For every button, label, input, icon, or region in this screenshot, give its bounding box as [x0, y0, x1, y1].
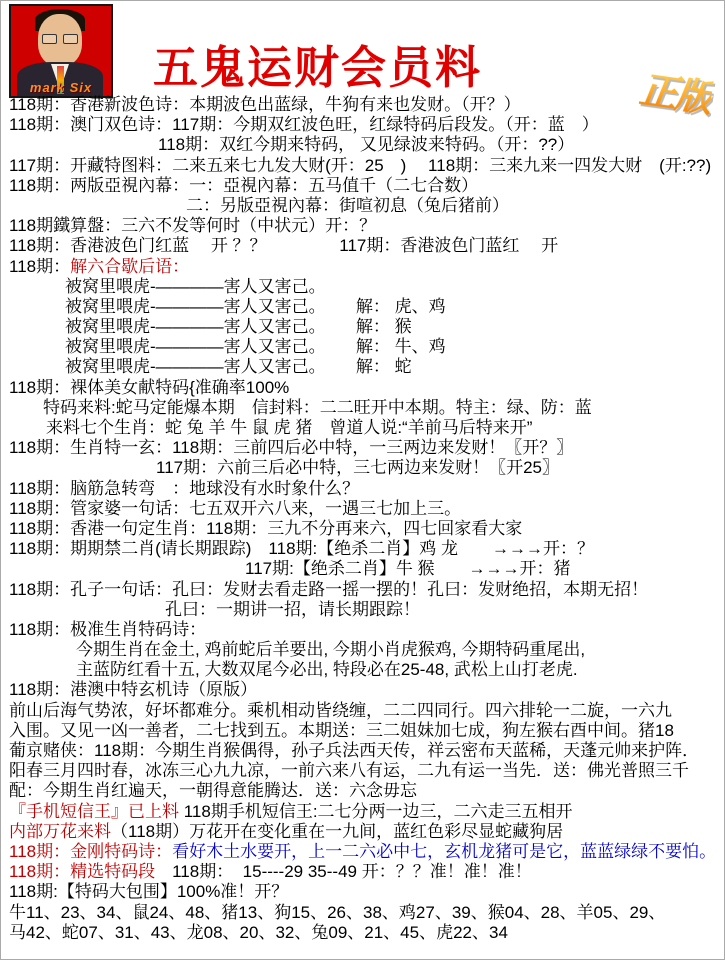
- text-line: 118期：港澳中特玄机诗（原版）: [1, 680, 725, 700]
- text-segment: 被窝里喂虎-————害人又害己。 解： 蛇: [65, 357, 412, 376]
- text-line: 被窝里喂虎-————害人又害己。 解： 牛、鸡: [1, 337, 725, 357]
- text-line: 118期鐵算盤：三六不发等何时（中状元）开：？: [1, 216, 725, 236]
- text-line: 118期：金刚特码诗：看好木土水要开，上一二六必中七，玄机龙猪可是它，蓝蓝绿绿不…: [1, 842, 725, 862]
- text-segment: 118期：生肖特一玄：118期：三前四后必中特，一三两边来发财！〖开？〗: [9, 438, 573, 457]
- text-segment: 118期：孔子一句话：孔曰：发财去看走路一摇一摆的！孔曰：发财绝招，本期无招！: [9, 580, 648, 599]
- text-segment: 118期：香港一句定生肖：118期：三九不分再来六，四七回家看大家: [9, 519, 522, 538]
- text-segment: 118期：脑筋急转弯 ：地球没有水时象什么？: [9, 479, 359, 498]
- text-line: 『手机短信王』已上料 118期手机短信王:二七分两一边三，二六走三五相开: [1, 802, 725, 822]
- text-line: 特码来料:蛇马定能爆本期 信封料：二二旺开中本期。特主：绿、防：蓝: [1, 398, 725, 418]
- text-line: 118期：脑筋急转弯 ：地球没有水时象什么？: [1, 479, 725, 499]
- text-segment: 内部万花来料: [9, 822, 111, 841]
- text-segment: 118期：期期禁二肖(请长期跟踪) 118期:【绝杀二肖】鸡 龙 →→→开：？: [9, 539, 594, 558]
- text-line: 被窝里喂虎-————害人又害己。: [1, 277, 725, 297]
- text-segment: 孔曰：一期讲一招，请长期跟踪！: [165, 600, 420, 619]
- text-line: 118期：极准生肖特码诗：: [1, 620, 725, 640]
- text-segment: 阳春三月四时春，冰冻三心九九凉，一前六来八有运，二九有运一当先．送：佛光普照三千: [9, 761, 689, 780]
- text-segment: 118期：港澳中特玄机诗（原版）: [9, 680, 257, 699]
- text-line: 118期：裸体美女献特码{准确率100%: [1, 378, 725, 398]
- text-segment: 今期生肖在金土, 鸡前蛇后羊要出, 今期小肖虎猴鸡, 今期特码重尾出,: [76, 640, 585, 659]
- text-line: 二：另版亞視內幕：街喧初息（兔后猪前）: [1, 196, 725, 216]
- text-segment: 118期手机短信王:二七分两一边三，二六走三五相开: [184, 802, 573, 821]
- lines: 118期：香港新波色诗：本期波色出蓝绿，牛狗有来也发财。（开？）118期：澳门双…: [1, 95, 725, 943]
- text-segment: 118期：极准生肖特码诗：: [9, 620, 206, 639]
- text-segment: 117期:【绝杀二肖】牛 猴 →→→开：猪: [245, 559, 571, 578]
- text-line: 内部万花来料（118期）万花开在变化重在一九间，蓝红色彩尽显蛇藏狗居: [1, 822, 725, 842]
- text-line: 118期：解六合歇后语：: [1, 257, 725, 277]
- text-line: 今期生肖在金土, 鸡前蛇后羊要出, 今期小肖虎猴鸡, 今期特码重尾出,: [1, 640, 725, 660]
- text-line: 118期：管家婆一句话：七五双开六八来，一遇三七加上三。: [1, 499, 725, 519]
- text-segment: 118期：双红今期来特码， 又见绿波来特码。（开：??）: [158, 135, 574, 154]
- glasses-icon: [42, 34, 78, 43]
- text-line: 118期：双红今期来特码， 又见绿波来特码。（开：??）: [1, 135, 725, 155]
- text-segment: 被窝里喂虎-————害人又害己。 解： 牛、鸡: [65, 337, 446, 356]
- text-line: 117期：六前三后必中特，三七两边来发财！〖开25〗: [1, 458, 725, 478]
- text-segment: 二：另版亞視內幕：街喧初息（兔后猪前）: [186, 196, 509, 215]
- text-segment: 117期：开藏特图料：二来五来七九发大财(开：25 ) 118期：三来九来一四发…: [9, 156, 711, 175]
- text-line: 马42、蛇07、31、43、龙08、20、32、兔09、21、45、虎22、34: [1, 923, 725, 943]
- page-title: 五鬼运财会员料: [153, 31, 482, 96]
- text-line: 118期：期期禁二肖(请长期跟踪) 118期:【绝杀二肖】鸡 龙 →→→开：？: [1, 539, 725, 559]
- text-line: 117期：开藏特图料：二来五来七九发大财(开：25 ) 118期：三来九来一四发…: [1, 156, 725, 176]
- text-line: 117期:【绝杀二肖】牛 猴 →→→开：猪: [1, 559, 725, 579]
- text-line: 118期：香港一句定生肖：118期：三九不分再来六，四七回家看大家: [1, 519, 725, 539]
- text-segment: 入围。又见一凶一善者，二七找到五。本期送：三二姐妹加七成，狗左猴右酉中间。猪18: [9, 721, 674, 740]
- text-line: 118期：澳门双色诗：117期：今期双红波色旺，红绿特码后段发。（开：蓝 ）: [1, 115, 725, 135]
- text-segment: 牛11、23、34、鼠24、48、猪13、狗15、26、38、鸡27、39、猴0…: [9, 903, 665, 922]
- text-line: 入围。又见一凶一善者，二七找到五。本期送：三二姐妹加七成，狗左猴右酉中间。猪18: [1, 721, 725, 741]
- text-segment: 主蓝防红看十五, 大数双尾今必出, 特段必在25-48, 武松上山打老虎.: [76, 660, 578, 679]
- text-segment: 配：今期生肖红遍天，一朝得意能腾达．送：六念毋忘: [9, 781, 417, 800]
- photo-caption: mark Six: [11, 80, 111, 95]
- text-segment: 117期：六前三后必中特，三七两边来发财！〖开25〗: [156, 458, 559, 477]
- text-line: 牛11、23、34、鼠24、48、猪13、狗15、26、38、鸡27、39、猴0…: [1, 903, 725, 923]
- text-segment: 118期：金刚特码诗：: [9, 842, 172, 861]
- text-line: 118期：生肖特一玄：118期：三前四后必中特，一三两边来发财！〖开？〗: [1, 438, 725, 458]
- text-segment: 118期:【特码大包围】100%准！开？: [9, 882, 288, 901]
- text-segment: 118期：裸体美女献特码{准确率100%: [9, 378, 289, 397]
- text-line: 118期：香港波色门红蓝 开 ？？ 117期：香港波色门蓝红 开: [1, 236, 725, 256]
- text-segment: 118期：两版亞視內幕：一：亞視內幕：五马值千（二七合数）: [9, 176, 478, 195]
- tip-sheet-page: mark Six 五鬼运财会员料 正版 118期：香港新波色诗：本期波色出蓝绿，…: [0, 0, 725, 960]
- text-segment: 118期：澳门双色诗：117期：今期双红波色旺，红绿特码后段发。（开：蓝 ）: [9, 115, 599, 134]
- text-segment: 特码来料:蛇马定能爆本期 信封料：二二旺开中本期。特主：绿、防：蓝: [43, 398, 592, 417]
- text-line: 葡京赌侠：118期：今期生肖猴偶得，孙子兵法西天传，祥云密布天蓝稀，天蓬元帅来护…: [1, 741, 725, 761]
- text-line: 孔曰：一期讲一招，请长期跟踪！: [1, 600, 725, 620]
- text-segment: 『手机短信王』已上料: [9, 802, 184, 821]
- text-line: 118期：两版亞視內幕：一：亞視內幕：五马值千（二七合数）: [1, 176, 725, 196]
- text-line: 118期:【特码大包围】100%准！开？: [1, 882, 725, 902]
- text-line: 118期：孔子一句话：孔曰：发财去看走路一摇一摆的！孔曰：发财绝招，本期无招！: [1, 580, 725, 600]
- text-segment: 葡京赌侠：118期：今期生肖猴偶得，孙子兵法西天传，祥云密布天蓝稀，天蓬元帅来护…: [9, 741, 699, 760]
- text-line: 118期：精选特码段 118期： 15----29 35--49 开：？？准！准…: [1, 862, 725, 882]
- text-line: 被窝里喂虎-————害人又害己。 解： 猴: [1, 317, 725, 337]
- text-segment: 118期：: [9, 257, 70, 276]
- portrait-photo: mark Six: [9, 4, 113, 98]
- text-segment: 118期：管家婆一句话：七五双开六八来，一遇三七加上三。: [9, 499, 461, 518]
- text-segment: （118期）万花开在变化重在一九间，蓝红色彩尽显蛇藏狗居: [111, 822, 563, 841]
- text-segment: 前山后海气势浓，好坏都难分。乘机相动皆绕缠，二二四同行。四六排轮一二旋，一六九: [9, 701, 672, 720]
- text-line: 118期：香港新波色诗：本期波色出蓝绿，牛狗有来也发财。（开？）: [1, 95, 725, 115]
- text-segment: 118期：香港新波色诗：本期波色出蓝绿，牛狗有来也发财。（开？）: [9, 95, 521, 114]
- text-segment: 118期： 15----29 35--49 开：？？准！准！准！: [155, 862, 532, 881]
- text-line: 主蓝防红看十五, 大数双尾今必出, 特段必在25-48, 武松上山打老虎.: [1, 660, 725, 680]
- text-segment: 马42、蛇07、31、43、龙08、20、32、兔09、21、45、虎22、34: [9, 923, 508, 942]
- text-segment: 来料七个生肖：蛇 兔 羊 牛 鼠 虎 猪 曾道人说:“羊前马后特来开”: [46, 418, 532, 437]
- text-segment: 118期：精选特码段: [9, 862, 155, 881]
- text-segment: 看好木土水要开，上一二六必中七，玄机龙猪可是它，蓝蓝绿绿不要怕。: [172, 842, 716, 861]
- text-segment: 118期鐵算盤：三六不发等何时（中状元）开：？: [9, 216, 376, 235]
- text-segment: 被窝里喂虎-————害人又害己。 解： 猴: [65, 317, 412, 336]
- text-segment: 解六合歇后语：: [70, 257, 189, 276]
- text-line: 前山后海气势浓，好坏都难分。乘机相动皆绕缠，二二四同行。四六排轮一二旋，一六九: [1, 701, 725, 721]
- text-segment: 被窝里喂虎-————害人又害己。: [65, 277, 326, 296]
- text-segment: 118期：香港波色门红蓝 开 ？？ 117期：香港波色门蓝红 开: [9, 236, 558, 255]
- text-line: 被窝里喂虎-————害人又害己。 解： 蛇: [1, 357, 725, 377]
- text-line: 被窝里喂虎-————害人又害己。 解： 虎、鸡: [1, 297, 725, 317]
- text-line: 配：今期生肖红遍天，一朝得意能腾达．送：六念毋忘: [1, 781, 725, 801]
- text-line: 来料七个生肖：蛇 兔 羊 牛 鼠 虎 猪 曾道人说:“羊前马后特来开”: [1, 418, 725, 438]
- text-line: 阳春三月四时春，冰冻三心九九凉，一前六来八有运，二九有运一当先．送：佛光普照三千: [1, 761, 725, 781]
- text-segment: 被窝里喂虎-————害人又害己。 解： 虎、鸡: [65, 297, 446, 316]
